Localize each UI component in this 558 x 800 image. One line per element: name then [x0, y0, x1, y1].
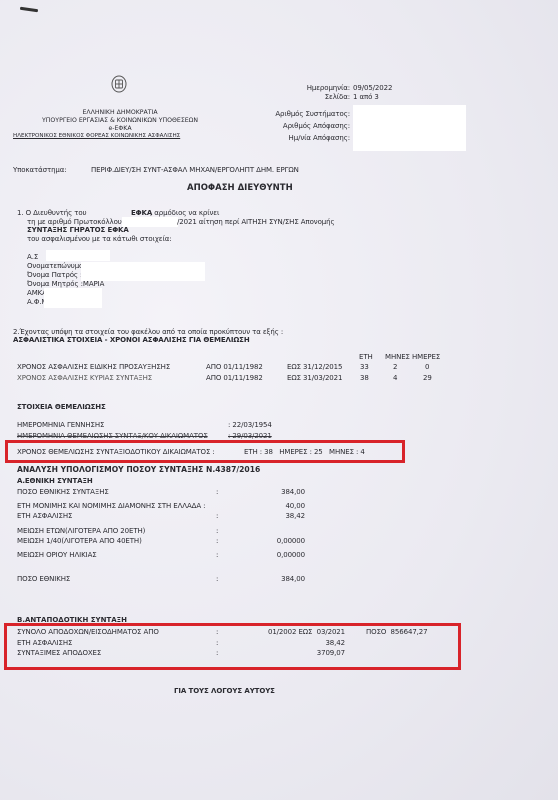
decision-number-label: Αριθμός Απόφασης: [240, 122, 350, 130]
row-separator: : [216, 551, 218, 559]
row-label: ΜΕΙΩΣΗ ΕΤΩΝ(ΛΙΓΟΤΕΡΑ ΑΠΟ 20ΕΤΗ) [17, 527, 145, 535]
row-separator: : [216, 575, 218, 583]
foundation-time-label: ΧΡΟΝΟΣ ΘΕΜΕΛΙΩΣΗΣ ΣΥΝΤΑΞΙΟΔΟΤΙΚΟΥ ΔΙΚΑΙΩ… [17, 448, 215, 456]
row-label: ΠΟΣΟ ΕΘΝΙΚΗΣ ΣΥΝΤΑΞΗΣ [17, 488, 109, 496]
redacted-name-father [81, 262, 205, 281]
row-label: ΧΡΟΝΟΣ ΑΣΦΑΛΙΣΗΣ ΚΥΡΙΑΣ ΣΥΝΤΑΞΗΣ [17, 374, 152, 382]
date-value: 09/05/2022 [353, 84, 392, 92]
row-separator: : [216, 649, 218, 657]
pension-type: ΣΥΝΤΑΞΗΣ ΓΗΡΑΤΟΣ ΕΦΚΑ [27, 226, 129, 234]
row-value: 01/2002 ΕΩΣ 03/2021 [230, 628, 345, 636]
redacted-protocol-number [122, 217, 178, 227]
row-to: ΕΩΣ 31/03/2021 [287, 374, 342, 382]
row-label: ΕΤΗ ΑΣΦΑΛΙΣΗΣ [17, 512, 72, 520]
row-months: 4 [393, 374, 397, 382]
row-separator: : [216, 488, 218, 496]
system-number-label: Αριθμός Συστήματος: [240, 110, 350, 118]
row-value: 3709,07 [230, 649, 345, 657]
birth-date-label: ΗΜΕΡΟΜΗΝΙΑ ΓΕΝΝΗΣΗΣ [17, 421, 104, 429]
field-mother-label: Όνομα Μητρός :ΜΑΡΙΑ [27, 280, 104, 288]
row-months: 2 [393, 363, 397, 371]
field-as-label: Α.Σ [27, 253, 38, 261]
field-father-label: Όνομα Πατρός :Ι [27, 271, 84, 279]
row-separator: : [216, 628, 218, 636]
row-label: ΜΕΙΩΣΗ 1/40(ΛΙΓΟΤΕΡΑ ΑΠΟ 40ΕΤΗ) [17, 537, 142, 545]
national-pension-heading: Α.ΕΘΝΙΚΗ ΣΥΝΤΑΞΗ [17, 477, 93, 485]
agency-full-name: ΗΛΕΚΤΡΟΝΙΚΟΣ ΕΘΝΙΚΟΣ ΦΟΡΕΑΣ ΚΟΙΝΩΝΙΚΗΣ Α… [13, 133, 180, 139]
date-label: Ημερομηνία: [300, 84, 350, 92]
document-title: ΑΠΟΦΑΣΗ ΔΙΕΥΘΥΝΤΗ [187, 183, 293, 193]
redacted-as [46, 250, 110, 261]
page-label: Σελίδα: [300, 93, 350, 101]
analysis-heading: ΑΝΑΛΥΣΗ ΥΠΟΛΟΓΙΣΜΟΥ ΠΟΣΟΥ ΣΥΝΤΑΞΗΣ Ν.438… [17, 465, 260, 474]
agency-short: e-ΕΦΚΑ [70, 125, 170, 132]
row-separator: : [216, 527, 218, 535]
row-amount: ΠΟΣΟ 856647,27 [366, 628, 428, 636]
row-days: 0 [425, 363, 429, 371]
birth-date-value: : 22/03/1954 [228, 421, 272, 429]
col-days: ΗΜΕΡΕΣ [412, 353, 440, 361]
efka-label: ΕΦΚΑ [131, 209, 152, 217]
decision-date-label: Ημ/νία Απόφασης: [240, 134, 350, 142]
ministry-name: ΥΠΟΥΡΓΕΙΟ ΕΡΓΑΣΙΑΣ & ΚΟΙΝΩΝΙΚΩΝ ΥΠΟΘΕΣΕΩ… [20, 117, 220, 124]
row-value: 0,00000 [250, 551, 305, 559]
closing-heading: ΓΙΑ ΤΟΥΣ ΛΟΓΟΥΣ ΑΥΤΟΥΣ [174, 687, 275, 695]
row-label: ΕΤΗ ΜΟΝΙΜΗΣ ΚΑΙ ΝΟΜΙΜΗΣ ΔΙΑΜΟΝΗΣ ΣΤΗ ΕΛΛ… [17, 502, 205, 510]
row-label: ΠΟΣΟ ΕΘΝΙΚΗΣ [17, 575, 70, 583]
field-name-label: Ονοματεπώνυμο: [27, 262, 86, 270]
greek-coat-of-arms-icon [111, 75, 127, 93]
row-separator: : [216, 639, 218, 647]
row-value: 38,42 [250, 512, 305, 520]
application-text: /2021 αίτηση περί ΑΙΤΗΣΗ ΣΥΝ/ΣΗΣ Απονομή… [177, 218, 334, 226]
foundation-heading: ΣΤΟΙΧΕΙΑ ΘΕΜΕΛΙΩΣΗΣ [17, 403, 106, 411]
competent-text: , αρμόδιος να κρίνει [150, 209, 219, 217]
branch-label: Υποκατάστημα: [13, 166, 67, 174]
row-days: 29 [423, 374, 432, 382]
row-label: ΕΤΗ ΑΣΦΑΛΙΣΗΣ [17, 639, 72, 647]
protocol-text: τη με αριθμό Πρωτοκόλλου [27, 218, 122, 226]
row-from: ΑΠΟ 01/11/1982 [206, 363, 263, 371]
row-separator: : [216, 512, 218, 520]
row-from: ΑΠΟ 01/11/1982 [206, 374, 263, 382]
redacted-decision-info [353, 105, 466, 151]
col-months: ΜΗΝΕΣ [385, 353, 410, 361]
row-value: 40,00 [250, 502, 305, 510]
row-label: ΣΥΝΟΛΟ ΑΠΟΔΟΧΩΝ/ΕΙΣΟΔΗΜΑΤΟΣ ΑΠΟ [17, 628, 159, 636]
row-label: ΧΡΟΝΟΣ ΑΣΦΑΛΙΣΗΣ ΕΙΔΙΚΗΣ ΠΡΟΣΑΥΞΗΣΗΣ [17, 363, 170, 371]
row-years: 38 [360, 374, 369, 382]
director-text: 1. Ο Διευθυντής του [17, 209, 87, 217]
insurance-heading: ΑΣΦΑΛΙΣΤΙΚΑ ΣΤΟΙΧΕΙΑ - ΧΡΟΝΟΙ ΑΣΦΑΛΙΣΗΣ … [13, 336, 250, 344]
row-label: ΜΕΙΩΣΗ ΟΡΙΟΥ ΗΛΙΚΙΑΣ [17, 551, 97, 559]
row-value: 0,00000 [250, 537, 305, 545]
page-value: 1 από 3 [353, 93, 379, 101]
foundation-time-value: ΕΤΗ : 38 ΗΜΕΡΕΣ : 25 ΜΗΝΕΣ : 4 [244, 448, 365, 456]
row-value: 384,00 [250, 575, 305, 583]
row-years: 33 [360, 363, 369, 371]
redacted-amka-afm [44, 288, 102, 308]
foundation-date-value: : 29/03/2021 [228, 432, 272, 440]
col-years: ΕΤΗ [359, 353, 373, 361]
document-page: ΕΛΛΗΝΙΚΗ ΔΗΜΟΚΡΑΤΙΑ ΥΠΟΥΡΓΕΙΟ ΕΡΓΑΣΙΑΣ &… [0, 0, 558, 800]
row-to: ΕΩΣ 31/12/2015 [287, 363, 342, 371]
row-value: 38,42 [230, 639, 345, 647]
row-separator: : [216, 537, 218, 545]
branch-value: ΠΕΡΙΦ.ΔΙΕΥ/ΣΗ ΣΥΝΤ-ΑΣΦΑΛ ΜΗΧΑΝ/ΕΡΓΟΛΗΠΤ … [91, 166, 299, 174]
foundation-date-label: ΗΜΕΡΟΜΗΝΙΑ ΘΕΜΕΛΙΩΣΗΣ ΣΥΝΤΑΞ/ΚΟΥ ΔΙΚΑΙΩΜ… [17, 432, 208, 440]
pen-mark [20, 7, 38, 12]
row-value: 384,00 [250, 488, 305, 496]
section2-intro: 2.Έχοντας υπόψη τα στοιχεία του φακέλου … [13, 328, 283, 336]
insured-intro: του ασφαλισμένου με τα κάτωθι στοιχεία: [27, 235, 172, 243]
row-label: ΣΥΝΤΑΞΙΜΕΣ ΑΠΟΔΟΧΕΣ [17, 649, 101, 657]
country-name: ΕΛΛΗΝΙΚΗ ΔΗΜΟΚΡΑΤΙΑ [70, 109, 170, 116]
